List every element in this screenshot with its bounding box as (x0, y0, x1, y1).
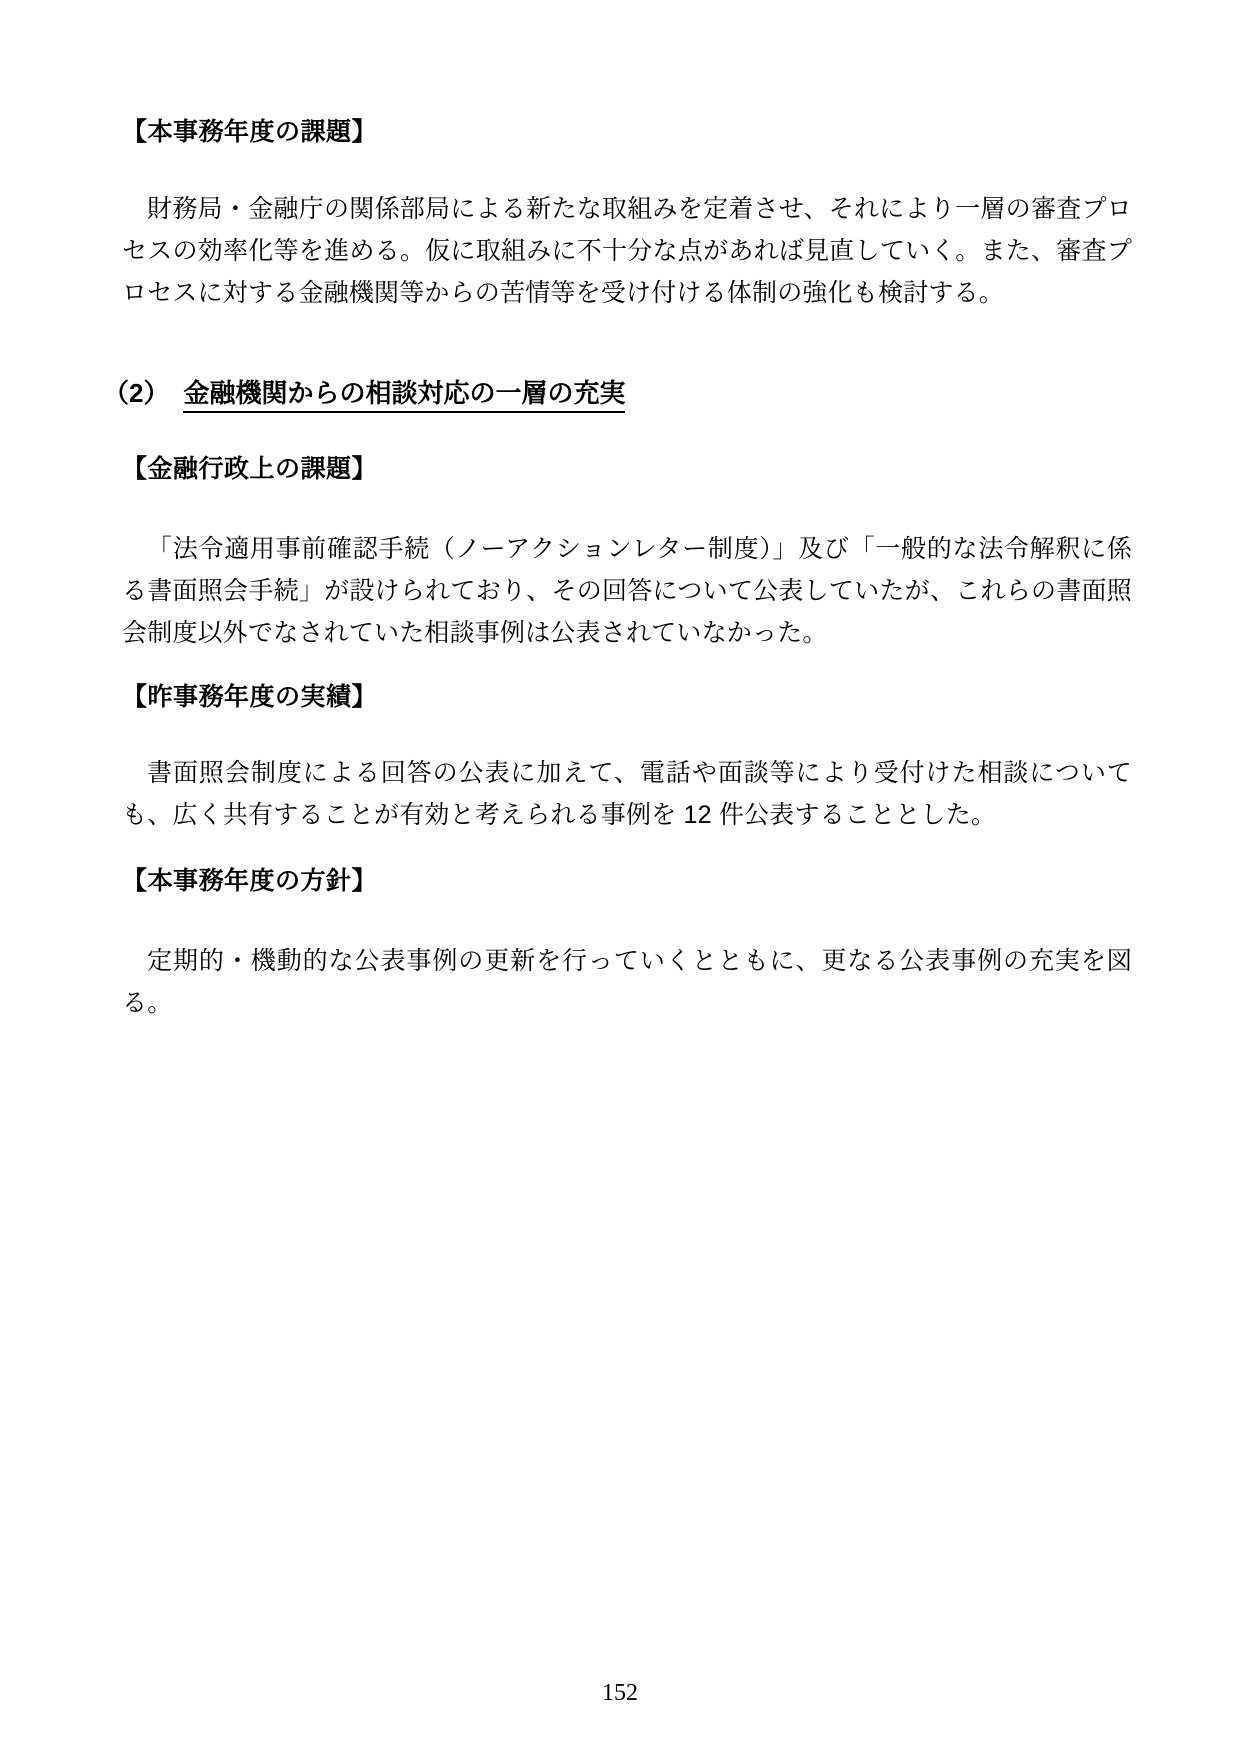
section-2-title: 金融機関からの相談対応の一層の充実 (183, 378, 625, 413)
section-2-heading: （2）金融機関からの相談対応の一層の充実 (103, 371, 1132, 415)
page-number: 152 (0, 1679, 1240, 1707)
heading-last-year-results: 【昨事務年度の実績】 (122, 676, 1132, 718)
heading-current-year-issues: 【本事務年度の課題】 (122, 111, 1132, 153)
heading-current-year-policy: 【本事務年度の方針】 (122, 860, 1132, 902)
paragraph-current-year-policy: 定期的・機動的な公表事例の更新を行っていくとともに、更なる公表事例の充実を図る。 (122, 940, 1132, 1024)
heading-financial-admin-issues: 【金融行政上の課題】 (122, 448, 1132, 490)
paragraph-financial-admin-issues: 「法令適用事前確認手続（ノーアクションレター制度）」及び「一般的な法令解釈に係る… (122, 528, 1132, 654)
section-2-number: （2） (103, 378, 169, 408)
document-page: 【本事務年度の課題】 財務局・金融庁の関係部局による新たな取組みを定着させ、それ… (0, 0, 1240, 1755)
paragraph-current-year-issues: 財務局・金融庁の関係部局による新たな取組みを定着させ、それにより一層の審査プロセ… (122, 188, 1132, 314)
page-content: 【本事務年度の課題】 財務局・金融庁の関係部局による新たな取組みを定着させ、それ… (122, 111, 1132, 1024)
paragraph-last-year-results: 書面照会制度による回答の公表に加えて、電話や面談等により受付けた相談についても、… (122, 752, 1132, 836)
